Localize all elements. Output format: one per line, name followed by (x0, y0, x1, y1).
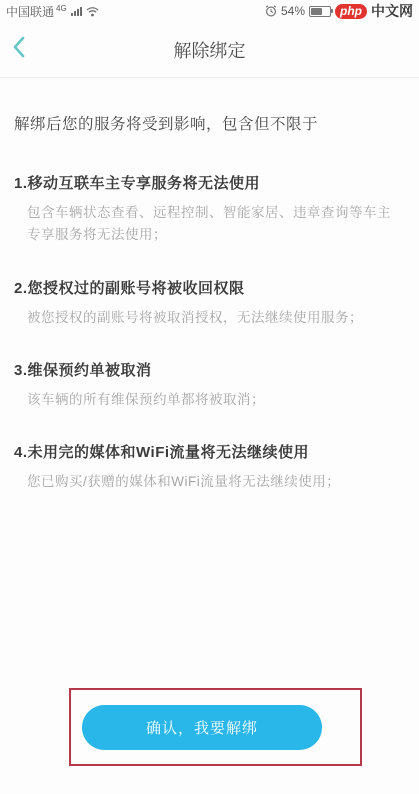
network-badge: 4G (56, 4, 67, 13)
unbind-screen: 中国联通 4G 54% php 中文网 (0, 0, 419, 794)
status-bar: 中国联通 4G 54% php 中文网 (0, 0, 419, 22)
watermark-site-label: 中文网 (371, 1, 413, 21)
signal-strength-icon (71, 6, 82, 16)
content-area: 解绑后您的服务将受到影响，包含但不限于 1.移动互联车主专享服务将无法使用 包含… (0, 78, 419, 523)
nav-bar: 解除绑定 (0, 22, 419, 78)
confirm-unbind-button[interactable]: 确认，我要解绑 (82, 705, 322, 750)
section-body: 被您授权的副账号将被取消授权，无法继续使用服务； (14, 307, 405, 329)
chevron-left-icon (12, 36, 25, 63)
status-left: 中国联通 4G (6, 3, 99, 20)
section-exclusive-services: 1.移动互联车主专享服务将无法使用 包含车辆状态查看、远程控制、智能家居、违章查… (14, 172, 405, 247)
back-button[interactable] (12, 22, 52, 77)
php-watermark-logo: php (335, 4, 367, 19)
section-title: 3.维保预约单被取消 (14, 359, 405, 380)
carrier-label: 中国联通 (6, 3, 54, 20)
battery-icon (309, 6, 331, 17)
section-maintenance-orders: 3.维保预约单被取消 该车辆的所有维保预约单都将被取消； (14, 359, 405, 411)
status-right: 54% php 中文网 (265, 1, 413, 21)
page-title: 解除绑定 (174, 37, 246, 63)
section-sub-accounts: 2.您授权过的副账号将被收回权限 被您授权的副账号将被取消授权，无法继续使用服务… (14, 277, 405, 329)
section-title: 2.您授权过的副账号将被收回权限 (14, 277, 405, 298)
section-body: 该车辆的所有维保预约单都将被取消； (14, 389, 405, 411)
section-title: 1.移动互联车主专享服务将无法使用 (14, 172, 405, 193)
section-body: 您已购买/获赠的媒体和WiFi流量将无法继续使用； (14, 471, 405, 493)
section-media-wifi: 4.未用完的媒体和WiFi流量将无法继续使用 您已购买/获赠的媒体和WiFi流量… (14, 441, 405, 493)
section-title: 4.未用完的媒体和WiFi流量将无法继续使用 (14, 441, 405, 462)
intro-text: 解绑后您的服务将受到影响，包含但不限于 (14, 112, 405, 134)
section-body: 包含车辆状态查看、远程控制、智能家居、违章查询等车主专享服务将无法使用； (14, 202, 405, 247)
alarm-clock-icon (265, 5, 277, 17)
battery-percent-label: 54% (281, 4, 305, 18)
wifi-icon (86, 6, 99, 17)
